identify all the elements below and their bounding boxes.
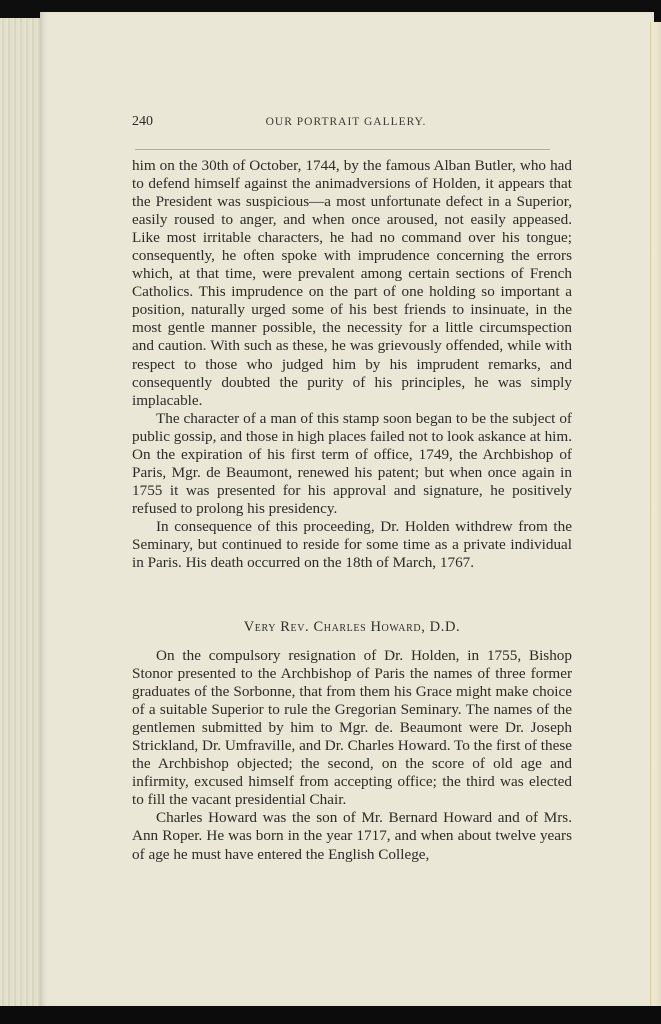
page-stack-edge (0, 18, 44, 1008)
paragraph: In consequence of this proceeding, Dr. H… (132, 518, 572, 572)
running-head: 240 OUR PORTRAIT GALLERY. (132, 114, 560, 136)
header-rule (135, 149, 550, 150)
body-text-section-2: On the compulsory resignation of Dr. Hol… (132, 647, 572, 864)
running-title: OUR PORTRAIT GALLERY. (132, 116, 560, 128)
paragraph: The character of a man of this stamp soo… (132, 410, 572, 518)
body-text-section-1: him on the 30th of October, 1744, by the… (132, 157, 572, 572)
paragraph: Charles Howard was the son of Mr. Bernar… (132, 809, 572, 863)
paragraph: him on the 30th of October, 1744, by the… (132, 157, 572, 410)
page-gutter (650, 22, 661, 1007)
section-heading: Very Rev. Charles Howard, D.D. (132, 619, 572, 636)
scan-background (0, 1006, 661, 1024)
paragraph: On the compulsory resignation of Dr. Hol… (132, 647, 572, 809)
